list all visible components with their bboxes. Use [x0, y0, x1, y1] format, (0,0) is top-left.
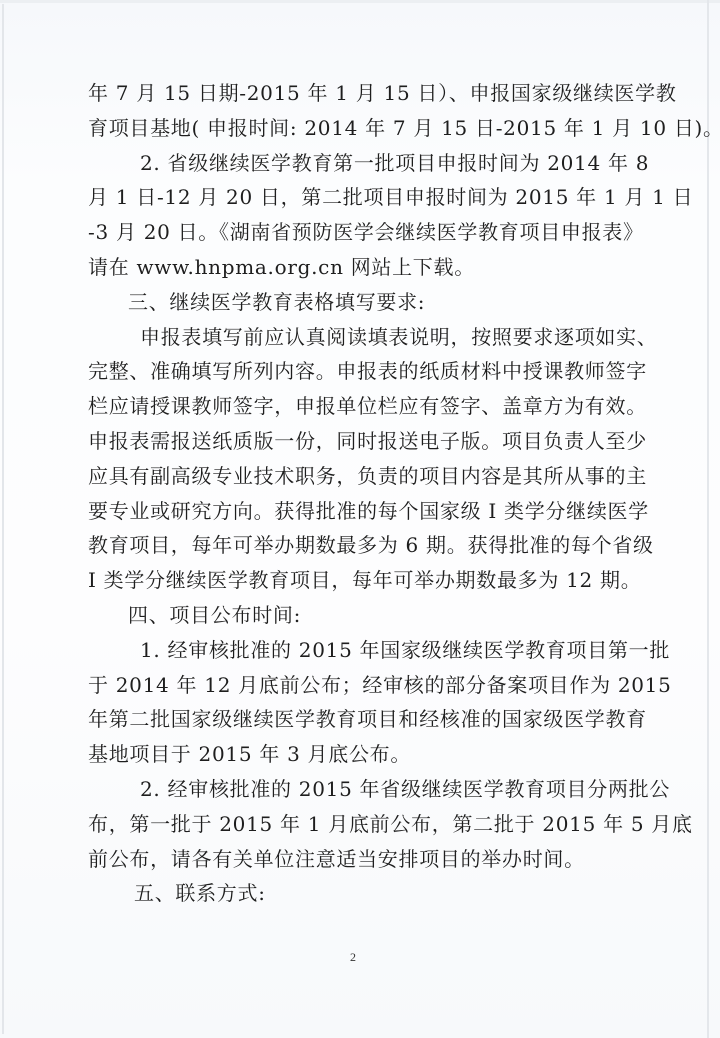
text-line: 教育项目，每年可举办期数最多为 6 期。获得批准的每个省级 — [88, 528, 648, 563]
paragraph-start-line: 1. 经审核批准的 2015 年国家级继续医学教育项目第一批 — [88, 633, 648, 668]
text-line: 前公布，请各有关单位注意适当安排项目的举办时间。 — [88, 842, 648, 877]
text-line: -3 月 20 日。《湖南省预防医学会继续医学教育项目申报表》 — [88, 215, 648, 250]
paragraph-start-line: 2. 经审核批准的 2015 年省级继续医学教育项目分两批公 — [88, 772, 648, 807]
text-line: I 类学分继续医学教育项目，每年可举办期数最多为 12 期。 — [88, 563, 648, 598]
page-left-edge — [2, 4, 4, 1034]
paragraph-start-line: 2. 省级继续医学教育第一批项目申报时间为 2014 年 8 — [88, 146, 648, 181]
text-line: 应具有副高级专业技术职务，负责的项目内容是其所从事的主 — [88, 459, 648, 494]
page-top-edge — [0, 0, 720, 3]
paragraph-start-line: 申报表填写前应认真阅读填表说明，按照要求逐项如实、 — [88, 320, 648, 355]
text-line: 育项目基地( 申报时间: 2014 年 7 月 15 日-2015 年 1 月 … — [88, 111, 648, 146]
text-line: 布，第一批于 2015 年 1 月底前公布，第二批于 2015 年 5 月底 — [88, 807, 648, 842]
text-line: 申报表需报送纸质版一份，同时报送电子版。项目负责人至少 — [88, 424, 648, 459]
page-right-edge — [707, 0, 709, 1038]
text-line: 月 1 日-12 月 20 日，第二批项目申报时间为 2015 年 1 月 1 … — [88, 180, 648, 215]
text-line: 于 2014 年 12 月底前公布；经审核的部分备案项目作为 2015 — [88, 668, 648, 703]
download-url-line: 请在 www.hnpma.org.cn 网站上下载。 — [88, 250, 648, 285]
section-heading-5: 五、联系方式: — [88, 876, 648, 911]
document-body: 年 7 月 15 日期-2015 年 1 月 15 日）、申报国家级继续医学教 … — [88, 76, 648, 911]
text-line: 年 7 月 15 日期-2015 年 1 月 15 日）、申报国家级继续医学教 — [88, 76, 648, 111]
section-heading-4: 四、项目公布时间: — [88, 598, 648, 633]
scanned-page: 年 7 月 15 日期-2015 年 1 月 15 日）、申报国家级继续医学教 … — [0, 0, 720, 1038]
text-line: 年第二批国家级继续医学教育项目和经核准的国家级医学教育 — [88, 702, 648, 737]
text-line: 要专业或研究方向。获得批准的每个国家级 I 类学分继续医学 — [88, 494, 648, 529]
page-number: 2 — [350, 950, 356, 965]
text-line: 栏应请授课教师签字，申报单位栏应有签字、盖章方为有效。 — [88, 389, 648, 424]
text-line: 完整、准确填写所列内容。申报表的纸质材料中授课教师签字 — [88, 354, 648, 389]
text-line: 基地项目于 2015 年 3 月底公布。 — [88, 737, 648, 772]
section-heading-3: 三、继续医学教育表格填写要求: — [88, 285, 648, 320]
